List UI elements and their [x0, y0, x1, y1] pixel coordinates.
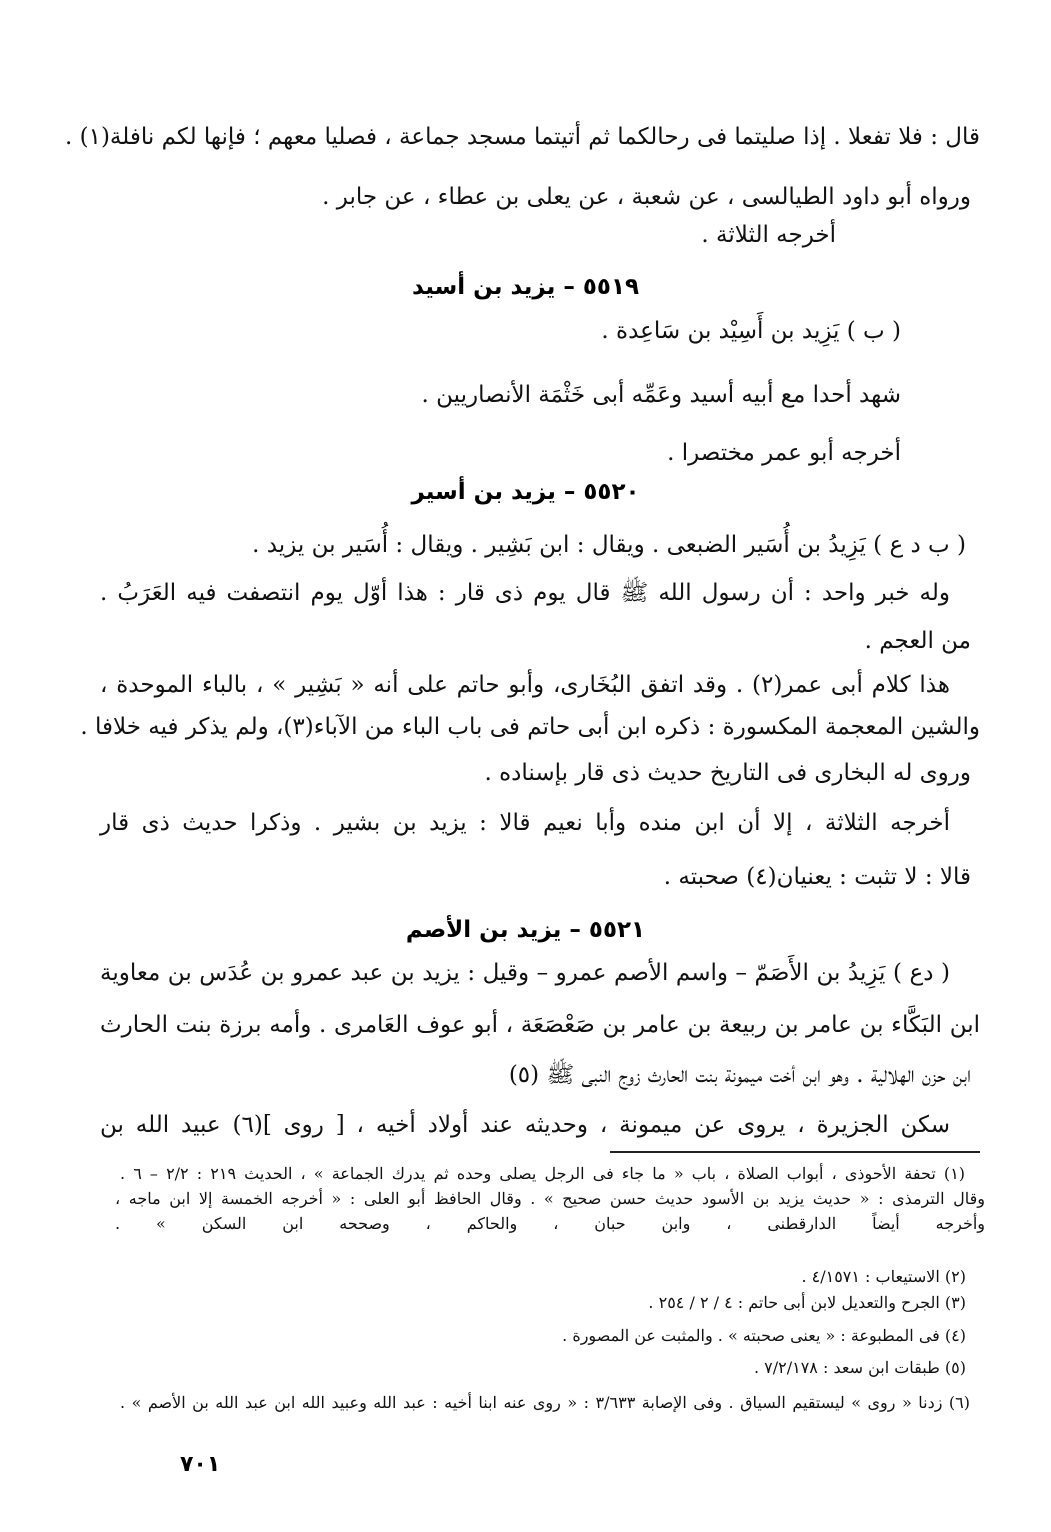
text-line: أخرجه الثلاثة ، إلا أن ابن منده وأبا نعي… — [100, 808, 950, 838]
footnote: وقال الترمذى : « حديث يزيد بن الأسود حدي… — [115, 1188, 985, 1210]
text-line: سكن الجزيرة ، يروى عن ميمونة ، وحديثه عن… — [100, 1110, 950, 1140]
text-line: شهد أحدا مع أبيه أسيد وعَمِّه أبى خَثْمَ… — [422, 380, 901, 410]
text-line: ابن البَكَّاء بن عامر بن ربيعة بن عامر ب… — [100, 1010, 980, 1040]
text-line: من العجم . — [865, 626, 971, 656]
text-line: أخرجه الثلاثة . — [701, 220, 836, 250]
text-line: ابن حزن الهلالية . وهو ابن أخت ميمونة بن… — [509, 1060, 971, 1090]
text-line: ( دع ) يَزِيدُ بن الأَصَمّ – واسم الأصم … — [100, 958, 950, 988]
text-line: هذا كلام أبى عمر(٢) . وقد اتفق البُخَارى… — [100, 670, 950, 700]
text-line: ( ب د ع ) يَزِيدُ بن أُسَير الضبعى . ويق… — [252, 530, 966, 560]
text-line: ورواه أبو داود الطيالسى ، عن شعبة ، عن ي… — [322, 182, 971, 212]
text-line: وروى له البخارى فى التاريخ حديث ذى قار ب… — [485, 758, 972, 788]
text-line: والشين المعجمة المكسورة : ذكره ابن أبى ح… — [100, 712, 980, 742]
footnote-separator — [610, 1151, 980, 1153]
text-line: ( ب ) يَزِيد بن أَسِيْد بن سَاعِدة . — [601, 316, 901, 346]
text-line: قال : فلا تفعلا . إذا صليتما فى رحالكما … — [100, 122, 980, 152]
text-line: وله خبر واحد : أن رسول الله ﷺ قال يوم ذى… — [100, 578, 950, 608]
footnote: (٢) الاستيعاب : ٤/١٥٧١ . — [801, 1266, 966, 1288]
entry-heading: ٥٥٢٠ – يزيد بن أسير — [0, 477, 1051, 507]
footnote: (١) تحفة الأحوذى ، أبواب الصلاة ، باب « … — [120, 1163, 965, 1185]
text-line: أخرجه أبو عمر مختصرا . — [667, 438, 901, 468]
footnote: (٤) فى المطبوعة : « يعنى صحبته » . والمث… — [562, 1325, 966, 1347]
book-page: قال : فلا تفعلا . إذا صليتما فى رحالكما … — [0, 0, 1051, 1532]
footnote: (٣) الجرح والتعديل لابن أبى حاتم : ٤ / ٢… — [648, 1292, 966, 1314]
entry-heading: ٥٥١٩ – يزيد بن أسيد — [0, 272, 1051, 302]
page-number: ٧٠١ — [180, 1452, 220, 1477]
text-line: قالا : لا تثبت : يعنيان(٤) صحبته . — [664, 862, 971, 892]
footnote: وأخرجه أيضاً الدارقطنى ، وابن حبان ، وال… — [115, 1213, 985, 1235]
footnote: (٥) طبقات ابن سعد : ٧/٢/١٧٨ . — [754, 1357, 966, 1379]
footnote: (٦) زدنا « روى » ليستقيم السياق . وفى ال… — [120, 1392, 970, 1414]
entry-heading: ٥٥٢١ – يزيد بن الأصم — [0, 915, 1051, 945]
